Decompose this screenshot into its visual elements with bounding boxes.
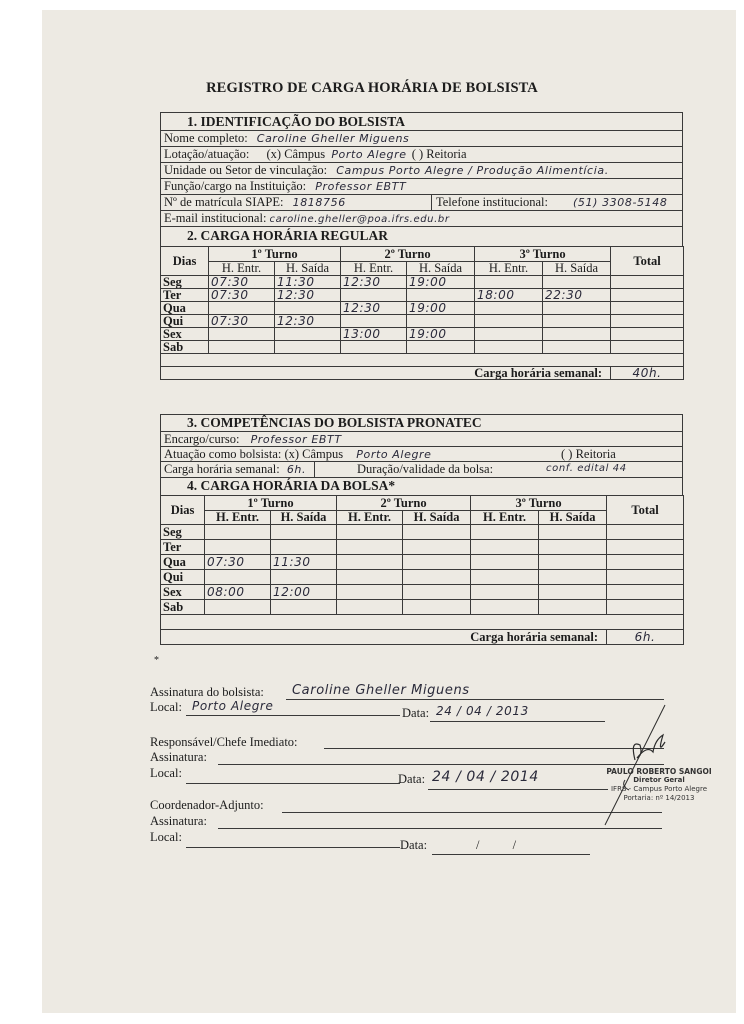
- cell-t2-entrada: 12:30: [341, 276, 407, 289]
- carga-semanal-row: Carga horária semanal: 6h.: [161, 630, 684, 645]
- header-t2-entrada: H. Entr.: [337, 510, 403, 525]
- responsavel-local-label: Local:: [150, 766, 182, 781]
- carga-semanal-label: Carga horária semanal:: [161, 367, 611, 380]
- table-row-sab: Sab: [161, 600, 684, 615]
- cell-t3-saida: 22:30: [543, 289, 611, 302]
- telefone-label: Telefone institucional:: [436, 195, 548, 210]
- field-lotacao: Lotação/atuação: (x) Câmpus Porto Alegre…: [161, 146, 682, 162]
- coordenador-data-value: / /: [476, 838, 516, 853]
- lotacao-reitoria-checkbox: ( ) Reitoria: [412, 147, 467, 161]
- cell-t2-entrada: [337, 570, 403, 585]
- field-siape-telefone: Nº de matrícula SIAPE: 1818756 Telefone …: [161, 194, 682, 210]
- day-label: Ter: [161, 540, 205, 555]
- director-signature-icon: [595, 700, 695, 830]
- cell-t2-saida: [407, 341, 475, 354]
- cell-t2-entrada: [337, 555, 403, 570]
- cell-t2-entrada: 13:00: [341, 328, 407, 341]
- section-2-title: 2. CARGA HORÁRIA REGULAR: [161, 226, 682, 246]
- coordenador-assinatura-label: Assinatura:: [150, 814, 207, 829]
- cell-t3-entrada: [475, 276, 543, 289]
- table-row-qui: Qui: [161, 570, 684, 585]
- header-t2-entrada: H. Entr.: [341, 261, 407, 276]
- responsavel-data-label: Data:: [398, 772, 425, 787]
- header-turno-2: 2º Turno: [337, 496, 471, 511]
- local-label: Local:: [150, 700, 182, 715]
- table-row-sab: Sab: [161, 341, 684, 354]
- header-t3-saida: H. Saída: [543, 261, 611, 276]
- cell-t1-saida: [275, 328, 341, 341]
- cell-t3-saida: [543, 328, 611, 341]
- unidade-label: Unidade ou Setor de vinculação:: [164, 163, 327, 177]
- local-value: Porto Alegre: [192, 699, 273, 713]
- cell-total: [607, 570, 684, 585]
- coordenador-local-line: [186, 847, 400, 848]
- blank-row: [161, 354, 611, 367]
- section-3-competencias: 3. COMPETÊNCIAS DO BOLSISTA PRONATEC Enc…: [160, 414, 683, 496]
- table-row-sex: Sex 13:00 19:00: [161, 328, 684, 341]
- local-line: [186, 715, 400, 716]
- stamp-name: PAULO ROBERTO SANGOI: [600, 767, 718, 776]
- header-dias: Dias: [161, 247, 209, 276]
- cell-t2-saida: [403, 600, 471, 615]
- cell-total: [611, 276, 684, 289]
- header-t2-saida: H. Saída: [407, 261, 475, 276]
- cell-t2-saida: [403, 555, 471, 570]
- coordenador-data-line: [432, 854, 590, 855]
- day-label: Qui: [161, 570, 205, 585]
- footnote-asterisk: *: [154, 655, 159, 666]
- cell-t1-entrada: [205, 600, 271, 615]
- cell-t2-entrada: 12:30: [341, 302, 407, 315]
- cell-t1-entrada: 08:00: [205, 585, 271, 600]
- lotacao-campus-value: Porto Alegre: [331, 148, 406, 161]
- cell-t1-entrada: [209, 328, 275, 341]
- funcao-label: Função/cargo na Instituição:: [164, 179, 306, 193]
- cell-t2-entrada: [337, 600, 403, 615]
- atuacao-label: Atuação como bolsista: (x) Câmpus: [164, 447, 343, 461]
- carga-semanal-value: 40h.: [611, 367, 684, 380]
- cell-t1-saida: [275, 302, 341, 315]
- siape-value: 1818756: [293, 196, 346, 209]
- table-row-qua: Qua 07:30 11:30: [161, 555, 684, 570]
- cell-total: [607, 555, 684, 570]
- cell-t3-entrada: [471, 540, 539, 555]
- nome-value: Caroline Gheller Miguens: [257, 132, 410, 145]
- coordenador-label: Coordenador-Adjunto:: [150, 798, 264, 813]
- cell-t3-saida: [543, 315, 611, 328]
- cell-total: [611, 315, 684, 328]
- encargo-label: Encargo/curso:: [164, 432, 239, 446]
- cell-t3-saida: [539, 525, 607, 540]
- cell-t2-entrada: [337, 540, 403, 555]
- cell-t3-entrada: [475, 315, 543, 328]
- header-t1-saida: H. Saída: [271, 510, 337, 525]
- siape-label: Nº de matrícula SIAPE:: [164, 195, 283, 209]
- field-encargo: Encargo/curso: Professor EBTT: [161, 431, 682, 446]
- divider: [431, 195, 432, 210]
- blank-row: [161, 615, 607, 630]
- cell-t1-saida: 11:30: [275, 276, 341, 289]
- header-t2-saida: H. Saída: [403, 510, 471, 525]
- cell-t1-entrada: [209, 341, 275, 354]
- day-label: Sex: [161, 585, 205, 600]
- data-value: 24 / 04 / 2013: [436, 704, 529, 718]
- coordenador-data-label: Data:: [400, 838, 427, 853]
- cell-t2-entrada: [337, 585, 403, 600]
- cell-t3-saida: [539, 585, 607, 600]
- responsavel-label: Responsável/Chefe Imediato:: [150, 735, 298, 750]
- cell-t3-saida: [543, 276, 611, 289]
- email-label: E-mail institucional:: [164, 211, 266, 225]
- table-row-ter: Ter: [161, 540, 684, 555]
- cell-total: [607, 600, 684, 615]
- cell-t1-entrada: [205, 525, 271, 540]
- cell-total: [607, 585, 684, 600]
- cell-t1-entrada: [209, 302, 275, 315]
- responsavel-local-line: [186, 783, 400, 784]
- cell-t1-entrada: 07:30: [209, 289, 275, 302]
- funcao-value: Professor EBTT: [315, 180, 406, 193]
- header-total: Total: [607, 496, 684, 525]
- cell-t2-saida: 19:00: [407, 302, 475, 315]
- section-3-title: 3. COMPETÊNCIAS DO BOLSISTA PRONATEC: [161, 415, 682, 431]
- header-t1-entrada: H. Entr.: [209, 261, 275, 276]
- cell-t3-entrada: [475, 341, 543, 354]
- section-1-identification: 1. IDENTIFICAÇÃO DO BOLSISTA Nome comple…: [160, 112, 683, 247]
- divider: [314, 461, 315, 477]
- cell-total: [607, 525, 684, 540]
- cell-t1-entrada: [205, 570, 271, 585]
- cell-t2-saida: [403, 540, 471, 555]
- day-label: Qui: [161, 315, 209, 328]
- cell-t1-saida: 12:30: [275, 315, 341, 328]
- field-nome: Nome completo: Caroline Gheller Miguens: [161, 130, 682, 146]
- cell-total: [611, 302, 684, 315]
- cell-t3-entrada: [471, 585, 539, 600]
- cell-t1-saida: 12:30: [275, 289, 341, 302]
- cell-t3-saida: [543, 302, 611, 315]
- table-row-ter: Ter 07:30 12:30 18:00 22:30: [161, 289, 684, 302]
- day-label: Seg: [161, 525, 205, 540]
- cell-t1-saida: [271, 525, 337, 540]
- cell-t2-saida: [403, 585, 471, 600]
- cell-t2-saida: 19:00: [407, 328, 475, 341]
- header-t1-saida: H. Saída: [275, 261, 341, 276]
- day-label: Qua: [161, 302, 209, 315]
- cell-t1-saida: 11:30: [271, 555, 337, 570]
- header-t3-entrada: H. Entr.: [471, 510, 539, 525]
- cell-t1-entrada: 07:30: [209, 315, 275, 328]
- coordenador-local-label: Local:: [150, 830, 182, 845]
- day-label: Seg: [161, 276, 209, 289]
- table-row-qui: Qui 07:30 12:30: [161, 315, 684, 328]
- cell-t2-saida: 19:00: [407, 276, 475, 289]
- cell-t3-entrada: [471, 555, 539, 570]
- cell-t3-saida: [539, 540, 607, 555]
- duracao-value: conf. edital 44: [546, 462, 627, 476]
- carga-value: 6h.: [287, 463, 306, 476]
- field-email: E-mail institucional: caroline.gheller@p…: [161, 210, 682, 226]
- day-label: Sab: [161, 600, 205, 615]
- cell-total: [611, 341, 684, 354]
- cell-t3-entrada: [471, 600, 539, 615]
- stamp-portaria: Portaria: nº 14/2013: [600, 794, 718, 803]
- cell-t2-entrada: [341, 341, 407, 354]
- responsavel-assinatura-label: Assinatura:: [150, 750, 207, 765]
- header-total: Total: [611, 247, 684, 276]
- cell-t2-saida: [403, 570, 471, 585]
- encargo-value: Professor EBTT: [251, 433, 342, 446]
- cell-t1-saida: [271, 540, 337, 555]
- telefone-value: (51) 3308-5148: [573, 195, 667, 210]
- atuacao-value: Porto Alegre: [356, 448, 431, 461]
- table-row-sex: Sex 08:00 12:00: [161, 585, 684, 600]
- cell-t1-entrada: 07:30: [205, 555, 271, 570]
- unidade-value: Campus Porto Alegre / Produção Alimentíc…: [336, 164, 609, 177]
- cell-t1-saida: [271, 600, 337, 615]
- cell-t3-entrada: [475, 302, 543, 315]
- cell-t2-entrada: [337, 525, 403, 540]
- day-label: Sab: [161, 341, 209, 354]
- field-carga-duracao: Carga horária semanal: 6h. Duração/valid…: [161, 461, 682, 477]
- header-t3-saida: H. Saída: [539, 510, 607, 525]
- stamp-role: Diretor Geral: [600, 776, 718, 785]
- header-t3-entrada: H. Entr.: [475, 261, 543, 276]
- data-line: [430, 721, 605, 722]
- field-unidade: Unidade ou Setor de vinculação: Campus P…: [161, 162, 682, 178]
- cell-t3-entrada: [471, 525, 539, 540]
- header-t1-entrada: H. Entr.: [205, 510, 271, 525]
- cell-t2-entrada: [341, 315, 407, 328]
- carga-regular-table: Dias 1º Turno 2º Turno 3º Turno Total H.…: [160, 246, 684, 380]
- carga-bolsa-table: Dias 1º Turno 2º Turno 3º Turno Total H.…: [160, 495, 684, 645]
- duracao-label: Duração/validade da bolsa:: [357, 462, 493, 476]
- table-row-seg: Seg: [161, 525, 684, 540]
- cell-total: [611, 289, 684, 302]
- cell-total: [611, 328, 684, 341]
- responsavel-data-value: 24 / 04 / 2014: [432, 769, 539, 785]
- cell-t1-saida: [271, 570, 337, 585]
- bolsista-signature: Caroline Gheller Miguens: [292, 683, 470, 698]
- email-value: caroline.gheller@poa.ifrs.edu.br: [270, 214, 450, 225]
- responsavel-data-line: [428, 789, 608, 790]
- cell-t1-saida: 12:00: [271, 585, 337, 600]
- lotacao-campus-checkbox: (x) Câmpus: [267, 147, 326, 161]
- carga-semanal-label: Carga horária semanal:: [161, 630, 607, 645]
- carga-semanal-row: Carga horária semanal: 40h.: [161, 367, 684, 380]
- atuacao-reitoria-checkbox: ( ) Reitoria: [561, 447, 616, 461]
- cell-t1-entrada: 07:30: [209, 276, 275, 289]
- header-dias: Dias: [161, 496, 205, 525]
- cell-t2-saida: [407, 315, 475, 328]
- day-label: Sex: [161, 328, 209, 341]
- header-turno-3: 3º Turno: [475, 247, 611, 262]
- cell-t2-saida: [403, 525, 471, 540]
- field-funcao: Função/cargo na Instituição: Professor E…: [161, 178, 682, 194]
- header-turno-1: 1º Turno: [205, 496, 337, 511]
- cell-t3-saida: [539, 600, 607, 615]
- table-row-seg: Seg 07:30 11:30 12:30 19:00: [161, 276, 684, 289]
- day-label: Ter: [161, 289, 209, 302]
- cell-total: [607, 540, 684, 555]
- carga-label: Carga horária semanal:: [164, 462, 280, 476]
- header-turno-3: 3º Turno: [471, 496, 607, 511]
- cell-t3-entrada: 18:00: [475, 289, 543, 302]
- cell-t3-saida: [543, 341, 611, 354]
- document-title: REGISTRO DE CARGA HORÁRIA DE BOLSISTA: [0, 80, 744, 97]
- nome-label: Nome completo:: [164, 131, 248, 145]
- section-4-title: 4. CARGA HORÁRIA DA BOLSA*: [161, 477, 682, 495]
- bolsista-signature-label: Assinatura do bolsista:: [150, 685, 264, 700]
- cell-t1-saida: [275, 341, 341, 354]
- cell-t3-saida: [539, 555, 607, 570]
- cell-t3-entrada: [471, 570, 539, 585]
- cell-t2-entrada: [341, 289, 407, 302]
- lotacao-label: Lotação/atuação:: [164, 147, 249, 161]
- cell-t3-entrada: [475, 328, 543, 341]
- header-turno-1: 1º Turno: [209, 247, 341, 262]
- cell-t1-entrada: [205, 540, 271, 555]
- header-turno-2: 2º Turno: [341, 247, 475, 262]
- day-label: Qua: [161, 555, 205, 570]
- data-label: Data:: [402, 706, 429, 721]
- carga-semanal-value: 6h.: [607, 630, 684, 645]
- table-row-qua: Qua 12:30 19:00: [161, 302, 684, 315]
- cell-t2-saida: [407, 289, 475, 302]
- cell-t3-saida: [539, 570, 607, 585]
- section-1-title: 1. IDENTIFICAÇÃO DO BOLSISTA: [161, 113, 682, 130]
- stamp-institution: IFRS - Campus Porto Alegre: [600, 785, 718, 794]
